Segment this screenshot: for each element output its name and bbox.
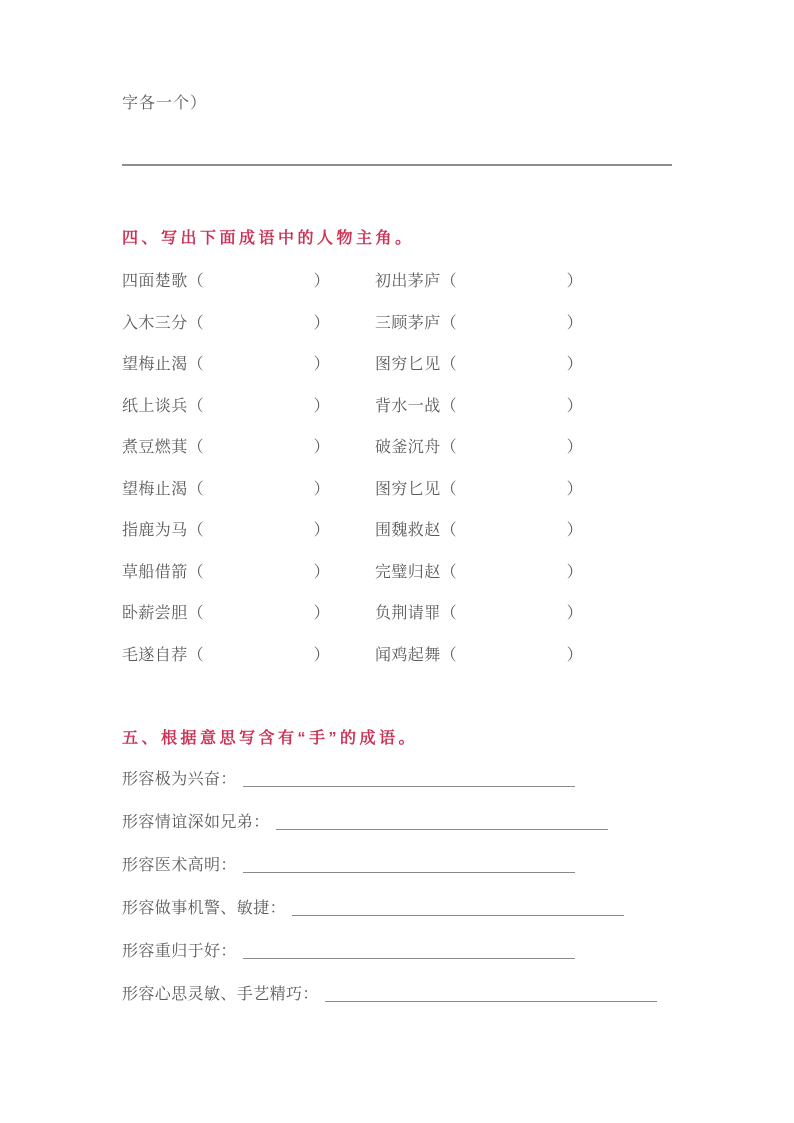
blank-label: 形容做事机警、敏捷： bbox=[122, 900, 286, 917]
idiom-text: 入木三分 bbox=[122, 315, 188, 332]
close-paren: ） bbox=[314, 351, 330, 374]
idiom-text: 背水一战 bbox=[375, 398, 441, 415]
section5-heading: 五、根据意思写含有“手”的成语。 bbox=[122, 728, 672, 750]
idiom-row: 指鹿为马（） 围魏救赵（） bbox=[122, 508, 672, 550]
intro-text: 字各一个） bbox=[122, 93, 672, 115]
idiom-row: 四面楚歌（） 初出茅庐（） bbox=[122, 259, 672, 301]
section-divider bbox=[122, 164, 672, 166]
idiom-text: 草船借箭 bbox=[122, 564, 188, 581]
idiom-text: 毛遂自荐 bbox=[122, 647, 188, 664]
close-paren: ） bbox=[567, 351, 583, 374]
idiom-cell: 负荆请罪（） bbox=[375, 600, 583, 623]
close-paren: ） bbox=[314, 393, 330, 416]
open-paren: （ bbox=[441, 522, 457, 539]
blank-row: 形容医术高明： bbox=[122, 844, 672, 887]
blank-row: 形容重归于好： bbox=[122, 930, 672, 973]
open-paren: （ bbox=[188, 647, 204, 664]
idiom-cell: 毛遂自荐（） bbox=[122, 642, 330, 665]
idiom-cell: 破釜沉舟（） bbox=[375, 434, 583, 457]
close-paren: ） bbox=[567, 476, 583, 499]
idiom-text: 闻鸡起舞 bbox=[375, 647, 441, 664]
idiom-text: 围魏救赵 bbox=[375, 522, 441, 539]
idiom-text: 煮豆燃萁 bbox=[122, 439, 188, 456]
idiom-row: 煮豆燃萁（） 破釜沉舟（） bbox=[122, 425, 672, 467]
answer-blank-line bbox=[243, 872, 575, 873]
idiom-cell: 草船借箭（） bbox=[122, 559, 330, 582]
open-paren: （ bbox=[188, 481, 204, 498]
close-paren: ） bbox=[567, 434, 583, 457]
idiom-cell: 闻鸡起舞（） bbox=[375, 642, 583, 665]
open-paren: （ bbox=[188, 564, 204, 581]
close-paren: ） bbox=[567, 559, 583, 582]
open-paren: （ bbox=[441, 439, 457, 456]
idiom-text: 初出茅庐 bbox=[375, 273, 441, 290]
idiom-text: 指鹿为马 bbox=[122, 522, 188, 539]
answer-blank-line bbox=[325, 1001, 657, 1002]
close-paren: ） bbox=[314, 268, 330, 291]
answer-blank-line bbox=[276, 829, 608, 830]
idiom-text: 四面楚歌 bbox=[122, 273, 188, 290]
open-paren: （ bbox=[188, 398, 204, 415]
close-paren: ） bbox=[314, 559, 330, 582]
blank-row: 形容情谊深如兄弟： bbox=[122, 801, 672, 844]
idiom-cell: 完璧归赵（） bbox=[375, 559, 583, 582]
idiom-row: 望梅止渴（） 图穷匕见（） bbox=[122, 467, 672, 509]
idiom-text: 望梅止渴 bbox=[122, 481, 188, 498]
idiom-row: 望梅止渴（） 图穷匕见（） bbox=[122, 342, 672, 384]
idiom-cell: 背水一战（） bbox=[375, 393, 583, 416]
idiom-text: 负荆请罪 bbox=[375, 605, 441, 622]
idiom-cell: 卧薪尝胆（） bbox=[122, 600, 330, 623]
idiom-cell: 三顾茅庐（） bbox=[375, 310, 583, 333]
open-paren: （ bbox=[441, 398, 457, 415]
worksheet-page: 字各一个） 四、写出下面成语中的人物主角。 四面楚歌（） 初出茅庐（） 入木三分… bbox=[0, 0, 794, 1123]
blank-label: 形容心思灵敏、手艺精巧： bbox=[122, 986, 319, 1003]
blank-row: 形容做事机警、敏捷： bbox=[122, 887, 672, 930]
answer-blank-line bbox=[243, 958, 575, 959]
idiom-row: 毛遂自荐（） 闻鸡起舞（） bbox=[122, 633, 672, 675]
idiom-text: 纸上谈兵 bbox=[122, 398, 188, 415]
idiom-text: 完璧归赵 bbox=[375, 564, 441, 581]
close-paren: ） bbox=[567, 642, 583, 665]
close-paren: ） bbox=[314, 517, 330, 540]
idiom-text: 卧薪尝胆 bbox=[122, 605, 188, 622]
idiom-cell: 图穷匕见（） bbox=[375, 351, 583, 374]
close-paren: ） bbox=[567, 600, 583, 623]
blank-row: 形容极为兴奋： bbox=[122, 758, 672, 801]
open-paren: （ bbox=[441, 315, 457, 332]
open-paren: （ bbox=[188, 522, 204, 539]
close-paren: ） bbox=[567, 393, 583, 416]
idiom-row: 草船借箭（） 完璧归赵（） bbox=[122, 550, 672, 592]
idiom-cell: 初出茅庐（） bbox=[375, 268, 583, 291]
idiom-cell: 图穷匕见（） bbox=[375, 476, 583, 499]
close-paren: ） bbox=[567, 517, 583, 540]
close-paren: ） bbox=[314, 434, 330, 457]
idiom-row: 纸上谈兵（） 背水一战（） bbox=[122, 384, 672, 426]
idiom-cell: 入木三分（） bbox=[122, 310, 330, 333]
idiom-cell: 指鹿为马（） bbox=[122, 517, 330, 540]
open-paren: （ bbox=[188, 356, 204, 373]
open-paren: （ bbox=[188, 605, 204, 622]
open-paren: （ bbox=[441, 564, 457, 581]
close-paren: ） bbox=[567, 268, 583, 291]
open-paren: （ bbox=[441, 356, 457, 373]
idiom-cell: 望梅止渴（） bbox=[122, 351, 330, 374]
idiom-text: 破釜沉舟 bbox=[375, 439, 441, 456]
idiom-cell: 煮豆燃萁（） bbox=[122, 434, 330, 457]
idiom-text: 图穷匕见 bbox=[375, 481, 441, 498]
idiom-row: 卧薪尝胆（） 负荆请罪（） bbox=[122, 591, 672, 633]
open-paren: （ bbox=[441, 481, 457, 498]
section4-heading: 四、写出下面成语中的人物主角。 bbox=[122, 228, 672, 250]
idiom-grid: 四面楚歌（） 初出茅庐（） 入木三分（） 三顾茅庐（） 望梅止渴（） 图穷匕见（… bbox=[122, 259, 672, 674]
blank-label: 形容重归于好： bbox=[122, 943, 237, 960]
open-paren: （ bbox=[441, 273, 457, 290]
open-paren: （ bbox=[188, 439, 204, 456]
idiom-text: 三顾茅庐 bbox=[375, 315, 441, 332]
close-paren: ） bbox=[314, 642, 330, 665]
blank-label: 形容极为兴奋： bbox=[122, 771, 237, 788]
idiom-row: 入木三分（） 三顾茅庐（） bbox=[122, 301, 672, 343]
answer-blank-line bbox=[243, 786, 575, 787]
open-paren: （ bbox=[441, 605, 457, 622]
close-paren: ） bbox=[314, 310, 330, 333]
idiom-text: 望梅止渴 bbox=[122, 356, 188, 373]
open-paren: （ bbox=[188, 273, 204, 290]
blank-row: 形容心思灵敏、手艺精巧： bbox=[122, 973, 672, 1016]
close-paren: ） bbox=[314, 600, 330, 623]
idiom-text: 图穷匕见 bbox=[375, 356, 441, 373]
idiom-cell: 望梅止渴（） bbox=[122, 476, 330, 499]
blank-label: 形容医术高明： bbox=[122, 857, 237, 874]
close-paren: ） bbox=[314, 476, 330, 499]
close-paren: ） bbox=[567, 310, 583, 333]
idiom-cell: 围魏救赵（） bbox=[375, 517, 583, 540]
blank-label: 形容情谊深如兄弟： bbox=[122, 814, 270, 831]
idiom-cell: 四面楚歌（） bbox=[122, 268, 330, 291]
open-paren: （ bbox=[441, 647, 457, 664]
blank-list: 形容极为兴奋： 形容情谊深如兄弟： 形容医术高明： 形容做事机警、敏捷： 形容重… bbox=[122, 758, 672, 1016]
open-paren: （ bbox=[188, 315, 204, 332]
idiom-cell: 纸上谈兵（） bbox=[122, 393, 330, 416]
answer-blank-line bbox=[292, 915, 624, 916]
